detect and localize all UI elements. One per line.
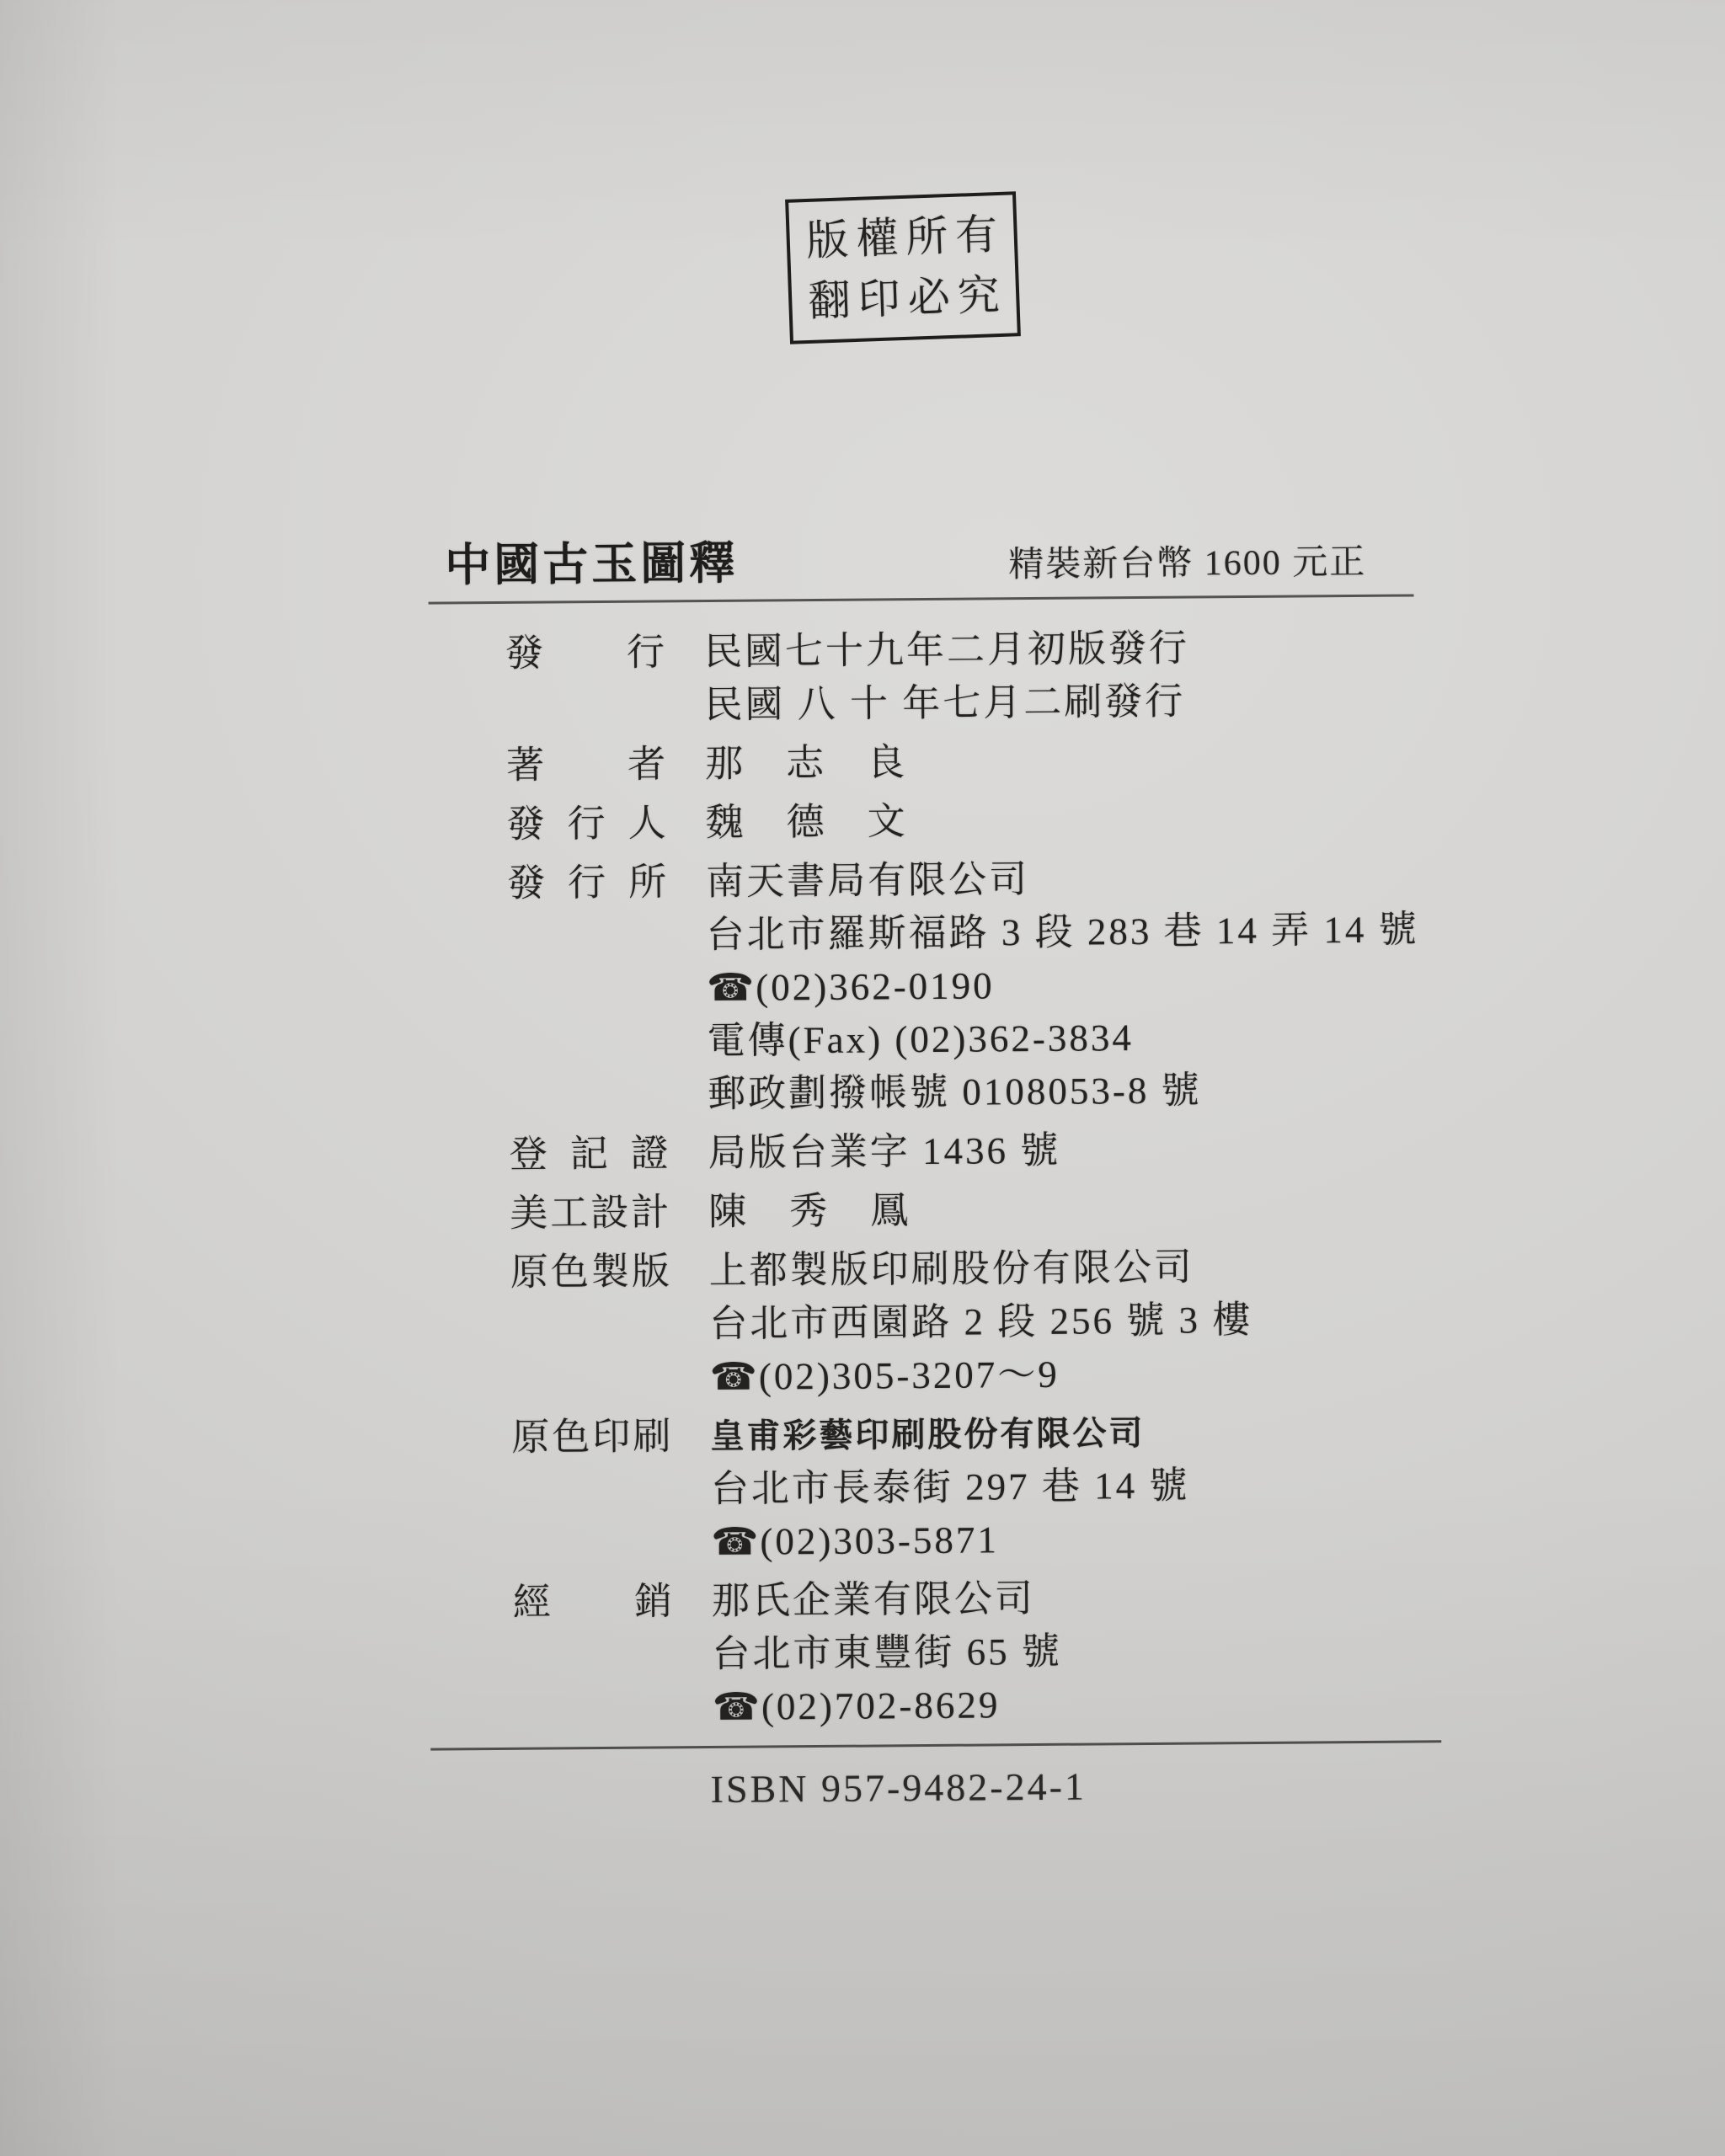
stamp-line-2: 翻印必究 <box>800 264 1008 333</box>
phone-number: (02)362-0190 <box>756 964 995 1008</box>
entry-line: 皇甫彩藝印刷股份有限公司 <box>710 1404 1412 1463</box>
entry-art-design: 美工設計 陳 秀 鳳 <box>450 1180 1410 1241</box>
telephone-icon: ☎ <box>707 967 754 1009</box>
entry-label: 發行所 <box>507 856 669 910</box>
entry-label: 原色製版 <box>510 1245 672 1299</box>
entry-line-phone: ☎(02)305-3207～9 <box>710 1345 1412 1404</box>
entry-label: 著者 <box>506 738 668 792</box>
entry-line: 郵政劃撥帳號 0108053-8 號 <box>708 1062 1420 1121</box>
colophon-block: 中國古玉圖釋 精裝新台幣 1600 元正 發行 民國七十九年二月初版發行 民國 … <box>445 536 1415 1814</box>
entry-line: 南天書局有限公司 <box>706 850 1418 909</box>
entry-line: 台北市東豐街 65 號 <box>712 1622 1413 1681</box>
entry-distributor: 經銷 那氏企業有限公司 台北市東豐街 65 號 ☎(02)702-8629 <box>453 1569 1414 1736</box>
isbn-divider-line <box>430 1740 1441 1750</box>
telephone-icon: ☎ <box>711 1521 758 1563</box>
isbn-text: ISBN 957-9482-24-1 <box>710 1761 1414 1812</box>
entry-line: 民國 八 十 年七月二刷發行 <box>704 674 1406 733</box>
entry-line: 台北市西園路 2 段 256 號 3 樓 <box>709 1292 1411 1351</box>
telephone-icon: ☎ <box>710 1356 757 1398</box>
title-divider-line <box>429 594 1414 604</box>
book-title: 中國古玉圖釋 <box>445 541 738 589</box>
entry-label: 登記證 <box>509 1127 670 1182</box>
title-row: 中國古玉圖釋 精裝新台幣 1600 元正 <box>445 536 1405 589</box>
entry-label: 原色印刷 <box>511 1410 673 1465</box>
copyright-stamp-box: 版權所有 翻印必究 <box>785 191 1021 344</box>
entry-label: 經銷 <box>513 1575 675 1630</box>
entry-line: 台北市長泰街 297 巷 14 號 <box>711 1457 1413 1516</box>
price-text: 精裝新台幣 1600 元正 <box>1008 545 1405 584</box>
entry-line-phone: ☎(02)362-0190 <box>707 956 1419 1015</box>
entry-registration: 登記證 局版台業字 1436 號 <box>449 1122 1409 1182</box>
entry-line: 上都製版印刷股份有限公司 <box>709 1239 1411 1298</box>
colophon-entries: 發行 民國七十九年二月初版發行 民國 八 十 年七月二刷發行 著者 那 志 良 … <box>446 621 1414 1737</box>
entry-color-plate-making: 原色製版 上都製版印刷股份有限公司 台北市西園路 2 段 256 號 3 樓 ☎… <box>451 1239 1412 1406</box>
entry-line: 魏 德 文 <box>705 792 1407 851</box>
entry-publishing-house: 發行所 南天書局有限公司 台北市羅斯福路 3 段 283 巷 14 弄 14 號… <box>447 851 1409 1123</box>
entry-label: 美工設計 <box>510 1186 671 1241</box>
entry-line: 電傳(Fax) (02)362-3834 <box>707 1009 1419 1068</box>
entry-label: 發行 <box>505 626 667 680</box>
entry-line-phone: ☎(02)303-5871 <box>711 1510 1413 1569</box>
entry-publication: 發行 民國七十九年二月初版發行 民國 八 十 年七月二刷發行 <box>446 621 1407 734</box>
phone-number: (02)702-8629 <box>761 1684 1001 1727</box>
entry-publisher-person: 發行人 魏 德 文 <box>446 792 1407 852</box>
entry-line-phone: ☎(02)702-8629 <box>713 1675 1414 1734</box>
telephone-icon: ☎ <box>713 1686 760 1728</box>
entry-author: 著者 那 志 良 <box>446 733 1407 793</box>
phone-number: (02)305-3207～9 <box>759 1353 1060 1398</box>
book-colophon-page-photo: 版權所有 翻印必究 中國古玉圖釋 精裝新台幣 1600 元正 發行 民國七十九年… <box>0 0 1725 2156</box>
entry-line: 民國七十九年二月初版發行 <box>704 621 1406 680</box>
entry-line: 台北市羅斯福路 3 段 283 巷 14 弄 14 號 <box>706 903 1418 962</box>
stamp-line-1: 版權所有 <box>798 204 1006 272</box>
entry-label: 發行人 <box>506 797 668 851</box>
entry-line: 那氏企業有限公司 <box>712 1569 1413 1628</box>
entry-color-printing: 原色印刷 皇甫彩藝印刷股份有限公司 台北市長泰街 297 巷 14 號 ☎(02… <box>451 1404 1413 1571</box>
entry-line: 局版台業字 1436 號 <box>708 1122 1409 1181</box>
entry-line: 那 志 良 <box>705 733 1407 792</box>
entry-line: 陳 秀 鳳 <box>708 1180 1410 1239</box>
phone-number: (02)303-5871 <box>760 1518 999 1562</box>
